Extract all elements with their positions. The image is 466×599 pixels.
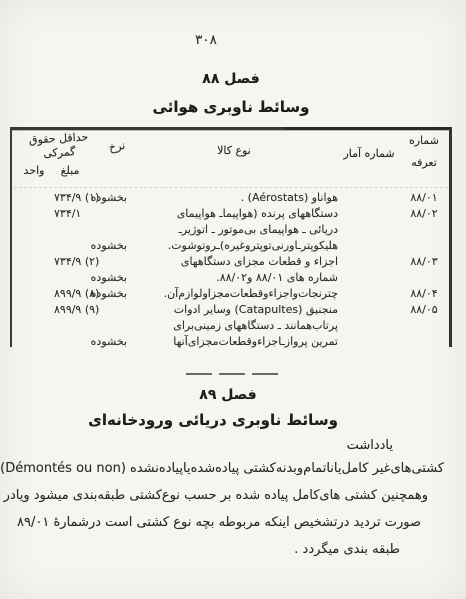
goods-description-line: دریائی ـ هواپیمای بی‌موتور ـ اتوژیرـ — [126, 222, 338, 237]
header-amount: مبلغ — [53, 164, 87, 178]
stat-number: ۸۹۹/۹ (۹) — [54, 302, 120, 317]
goods-description-line: دستگاههای پرنده (هواپیماـ هواپیمای — [126, 206, 338, 221]
rate-value: بخشوده — [83, 190, 127, 205]
table-row-line: تمرین پروازـاجزاءوقطعات‌مجزای‌آنهابخشوده — [10, 334, 452, 350]
chapter-divider-rule — [186, 373, 284, 375]
table-row-line: پرتاب‌همانند ـ دستگاههای زمینی‌برای — [10, 318, 452, 334]
chapter-88-title: وسائط ناوبری هوائی — [0, 98, 462, 116]
table-header-separator — [14, 187, 448, 188]
note-line: وهمچنین کشتی های‌کامل پیاده شده بر حسب ن… — [24, 484, 444, 511]
note-line: صورت تردید درتشخیص اینکه مربوطه بچه نوع … — [24, 511, 444, 538]
table-row-line: دریائی ـ هواپیمای بی‌موتور ـ اتوژیرـ — [10, 222, 452, 238]
goods-description-line: چترنجات‌واجزاءوقطعات‌مجزاولوازم‌آن. — [126, 286, 338, 301]
table-row-line: هلیکوپترـاورنی‌توپتروغیره)ـروتوشوت.بخشود… — [10, 238, 452, 254]
note-line: کشتی‌های‌غیر کامل‌یاناتمام‌وبدنه‌کشتی پی… — [24, 457, 444, 484]
note-line: طبقه بندی میگردد . — [24, 538, 444, 565]
header-goods-type: نوع کالا — [130, 144, 338, 158]
goods-description-line: هلیکوپترـاورنی‌توپتروغیره)ـروتوشوت. — [126, 238, 338, 253]
table-row-line: ۸۸/۰۲۷۳۴/۱دستگاههای پرنده (هواپیماـ هواپ… — [10, 206, 452, 222]
goods-description-line: شماره های ۸۸/۰۱ و۸۸/۰۲. — [126, 270, 338, 285]
goods-description-line: پرتاب‌همانند ـ دستگاههای زمینی‌برای — [126, 318, 338, 333]
rate-value: بخشوده — [83, 270, 127, 285]
tariff-number: ۸۸/۰۱ — [404, 190, 444, 205]
rate-value: بخشوده — [83, 334, 127, 349]
header-minimum-customs-duty: حداقل حقوق گمرکی — [12, 130, 105, 163]
chapter-89-heading: فصل ۸۹ — [0, 387, 456, 403]
stat-number: ۷۳۴/۱ — [54, 206, 120, 221]
rate-value: بخشوده — [83, 286, 127, 301]
tariff-number: ۸۸/۰۵ — [404, 302, 444, 317]
goods-description-line: تمرین پروازـاجزاءوقطعات‌مجزای‌آنها — [126, 334, 338, 349]
goods-description-line: هواناو (Aérostats) . — [126, 190, 338, 205]
page-number: ۳۰۸ — [0, 32, 412, 48]
note-label: یادداشت — [347, 438, 393, 453]
goods-description-line: اجزاء و قطعات مجزای دستگاههای — [126, 254, 338, 269]
header-tariff-number-line2: تعرفه — [402, 156, 446, 170]
tariff-table: شماره تعرفه شماره آمار نوع کالا نرخ حداق… — [10, 127, 452, 349]
chapter-88-heading: فصل ۸۸ — [0, 71, 462, 87]
tariff-number: ۸۸/۰۲ — [404, 206, 444, 221]
goods-description-line: منجنیق (Catapultes) وسایر ادوات — [126, 302, 338, 317]
table-row-line: شماره های ۸۸/۰۱ و۸۸/۰۲.بخشوده — [10, 270, 452, 286]
tariff-number: ۸۸/۰۴ — [404, 286, 444, 301]
scanned-document-page: ۳۰۸ فصل ۸۸ وسائط ناوبری هوائی شماره تعرف… — [0, 0, 466, 599]
rate-value: بخشوده — [83, 238, 127, 253]
header-unit: واحد — [18, 164, 50, 178]
note-paragraph: کشتی‌های‌غیر کامل‌یاناتمام‌وبدنه‌کشتی پی… — [24, 457, 444, 565]
header-statistics-number: شماره آمار — [338, 147, 400, 161]
table-row-line: ۸۸/۰۳۷۳۴/۹ (۲)اجزاء و قطعات مجزای دستگاه… — [10, 254, 452, 270]
table-row-line: ۸۸/۰۱۷۳۴/۹ (۱)هواناو (Aérostats) .بخشوده — [10, 190, 452, 206]
table-top-border — [10, 127, 452, 130]
table-row-line: ۸۸/۰۴۸۹۹/۹ (۸)چترنجات‌واجزاءوقطعات‌مجزاو… — [10, 286, 452, 302]
stat-number: ۷۳۴/۹ (۲) — [54, 254, 120, 269]
tariff-number: ۸۸/۰۳ — [404, 254, 444, 269]
header-tariff-number-line1: شماره — [402, 134, 446, 148]
chapter-89-title: وسائط ناوبری دریائی ورودخانه‌ای — [0, 411, 426, 429]
table-row-line: ۸۸/۰۵۸۹۹/۹ (۹)منجنیق (Catapultes) وسایر … — [10, 302, 452, 318]
